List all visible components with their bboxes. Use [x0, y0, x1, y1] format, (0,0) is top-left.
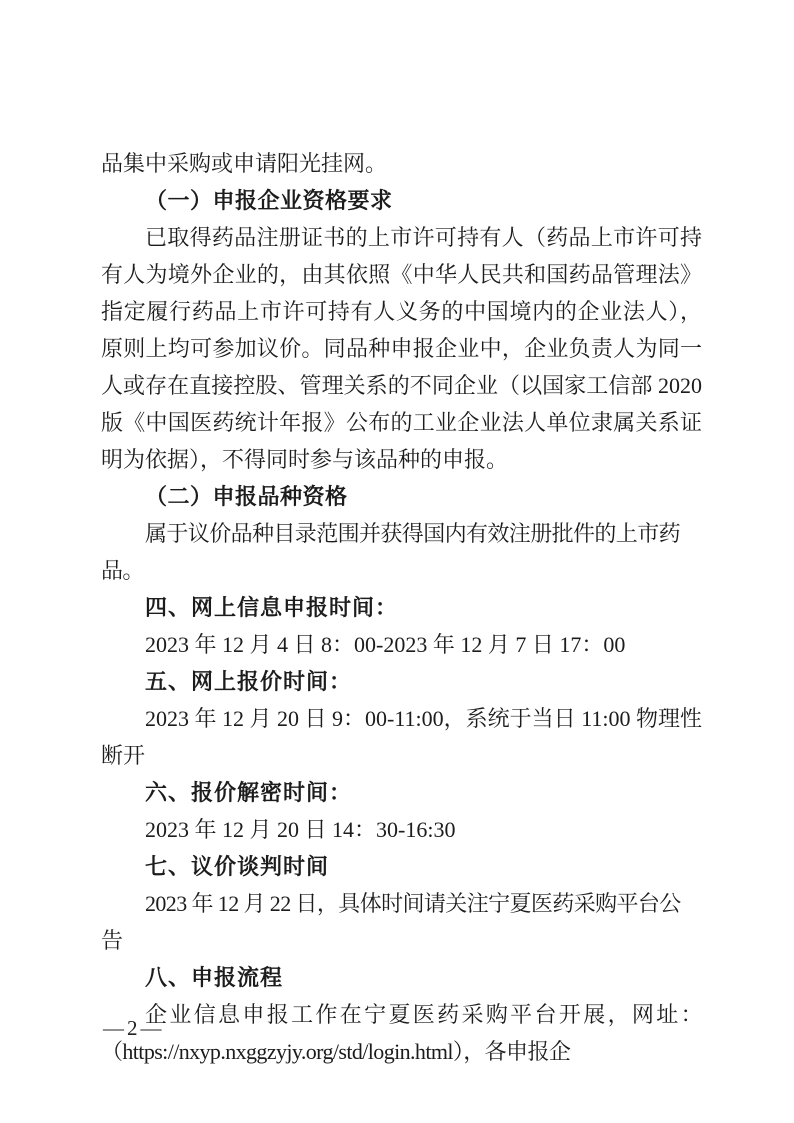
section-heading: 六、报价解密时间： [101, 774, 702, 811]
paragraph: 2023 年 12 月 22 日，具体时间请关注宁夏医药采购平台公告 [101, 885, 702, 959]
section-heading: 七、议价谈判时间 [101, 848, 702, 885]
sub-section-heading: （一）申报企业资格要求 [101, 182, 702, 219]
document-body: 品集中采购或申请阳光挂网。（一）申报企业资格要求已取得药品注册证书的上市许可持有… [101, 145, 702, 1070]
paragraph: 属于议价品种目录范围并获得国内有效注册批件的上市药品。 [101, 515, 702, 589]
section-heading: 五、网上报价时间： [101, 663, 702, 700]
page-number: —2— [103, 1016, 165, 1041]
sub-section-heading: （二）申报品种资格 [101, 478, 702, 515]
paragraph: 2023 年 12 月 20 日 9：00-11:00，系统于当日 11:00 … [101, 700, 702, 774]
paragraph: 2023 年 12 月 4 日 8：00-2023 年 12 月 7 日 17：… [101, 626, 702, 663]
paragraph: 品集中采购或申请阳光挂网。 [101, 145, 702, 182]
paragraph: 2023 年 12 月 20 日 14：30-16:30 [101, 811, 702, 848]
paragraph: 已取得药品注册证书的上市许可持有人（药品上市许可持有人为境外企业的，由其依照《中… [101, 219, 702, 478]
paragraph: 企业信息申报工作在宁夏医药采购平台开展，网址：（https://nxyp.nxg… [101, 996, 702, 1070]
section-heading: 八、申报流程 [101, 959, 702, 996]
document-page: 品集中采购或申请阳光挂网。（一）申报企业资格要求已取得药品注册证书的上市许可持有… [0, 0, 794, 1123]
section-heading: 四、网上信息申报时间： [101, 589, 702, 626]
